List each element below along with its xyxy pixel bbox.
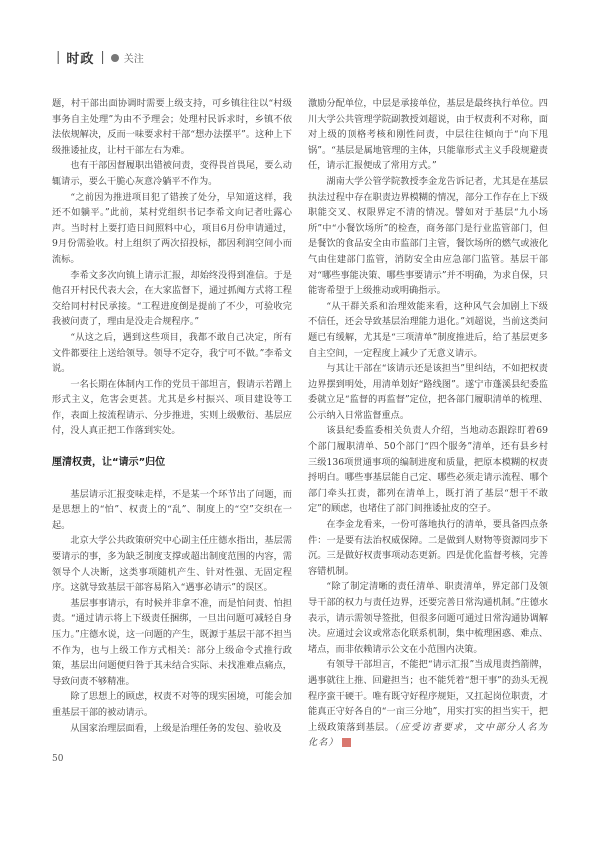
paragraph: 激励分配单位，中层是承接单位，基层是最终执行单位。四川大学公共管理学院副教授刘超… (308, 96, 548, 174)
paragraph: 一名长期在体制内工作的党员干部坦言，假请示若蹭上形式主义，危害会更甚。尤其是乡村… (52, 377, 292, 439)
page-header: | 时政 | 关注 (50, 48, 144, 67)
paragraph: 与其让干部在“该请示还是该担当”里纠结，不如把权责边界摆到明处，用清单划好“路线… (308, 361, 548, 423)
paragraph: “从干群关系和治理效能来看，这种风气会加剧上下级不信任，还会导致基层治理能力退化… (308, 299, 548, 361)
paragraph: 基层请示汇报变味走样，不是某一个环节出了问题，而是思想上的“怕”、权责上的“乱”… (52, 487, 292, 534)
paragraph: 基层事事请示，有时候并非拿不准，而是怕问责、怕担责。“通过请示将上下级责任捆绑，… (52, 596, 292, 690)
paragraph: 题，村干部出面协调时需要上级支持，可乡镇往往以“村级事务自主处理”为由不予理会；… (52, 96, 292, 158)
page-number: 50 (52, 754, 63, 764)
paragraph: 北京大学公共政策研究中心副主任庄德水指出，基层需要请示的事，多为缺乏制度支撑或超… (52, 533, 292, 595)
paragraph: “之前因为推进项目犯了错挨了处分，早知道这样，我还不如躺平。”此前，某村党组织书… (52, 190, 292, 268)
header-divider: | (56, 50, 60, 65)
end-stamp-icon (342, 738, 351, 747)
section-title: 时政 (66, 48, 94, 67)
paragraph: “除了制定清晰的责任清单、职责清单，界定部门及领导干部的权力与责任边界，还要完善… (308, 579, 548, 657)
paragraph: 李希文多次向镇上请示汇报，却始终没得到准信。于是他召开村民代表大会，在大家监督下… (52, 268, 292, 330)
bullet-icon (111, 54, 119, 62)
paragraph: 湖南大学公管学院教授李金龙告诉记者，尤其是在基层执法过程中存在职责边界模糊的情况… (308, 174, 548, 299)
left-column: 题，村干部出面协调时需要上级支持，可乡镇往往以“村级事务自主处理”为由不予理会；… (52, 96, 292, 736)
paragraph: 从国家治理层面看，上级是治理任务的发包、验收及 (52, 721, 292, 737)
paragraph: 在李金龙看来，一份可落地执行的清单，要具备四点条件：一是要有法治权威保障。二是做… (308, 517, 548, 579)
paragraph: 除了思想上的顾虑，权责不对等的现实困境，可能会加重基层干部的被动请示。 (52, 689, 292, 720)
header-divider: | (100, 50, 104, 65)
paragraph: “从这之后，遇到这些项目，我都不敢自己决定，所有文件都要往上送给领导。领导不定夺… (52, 330, 292, 377)
paragraph-final: 有领导干部坦言，不能把“请示汇报”当成甩责挡箭牌，遇事就往上推、回避担当；也不能… (308, 657, 548, 751)
paragraph: 也有干部因督履职出错被问责，变得畏首畏尾，要么动辄请示，要么干脆心灰意冷躺平不作… (52, 158, 292, 189)
section-heading: 厘清权责，让“请示”归位 (52, 455, 292, 471)
paragraph: 该县纪委监委相关负责人介绍，当地动态跟踪盯着69个部门履职清单、50个部门“四个… (308, 423, 548, 517)
subsection-title: 关注 (124, 50, 144, 65)
right-column: 激励分配单位，中层是承接单位，基层是最终执行单位。四川大学公共管理学院副教授刘超… (308, 96, 548, 751)
